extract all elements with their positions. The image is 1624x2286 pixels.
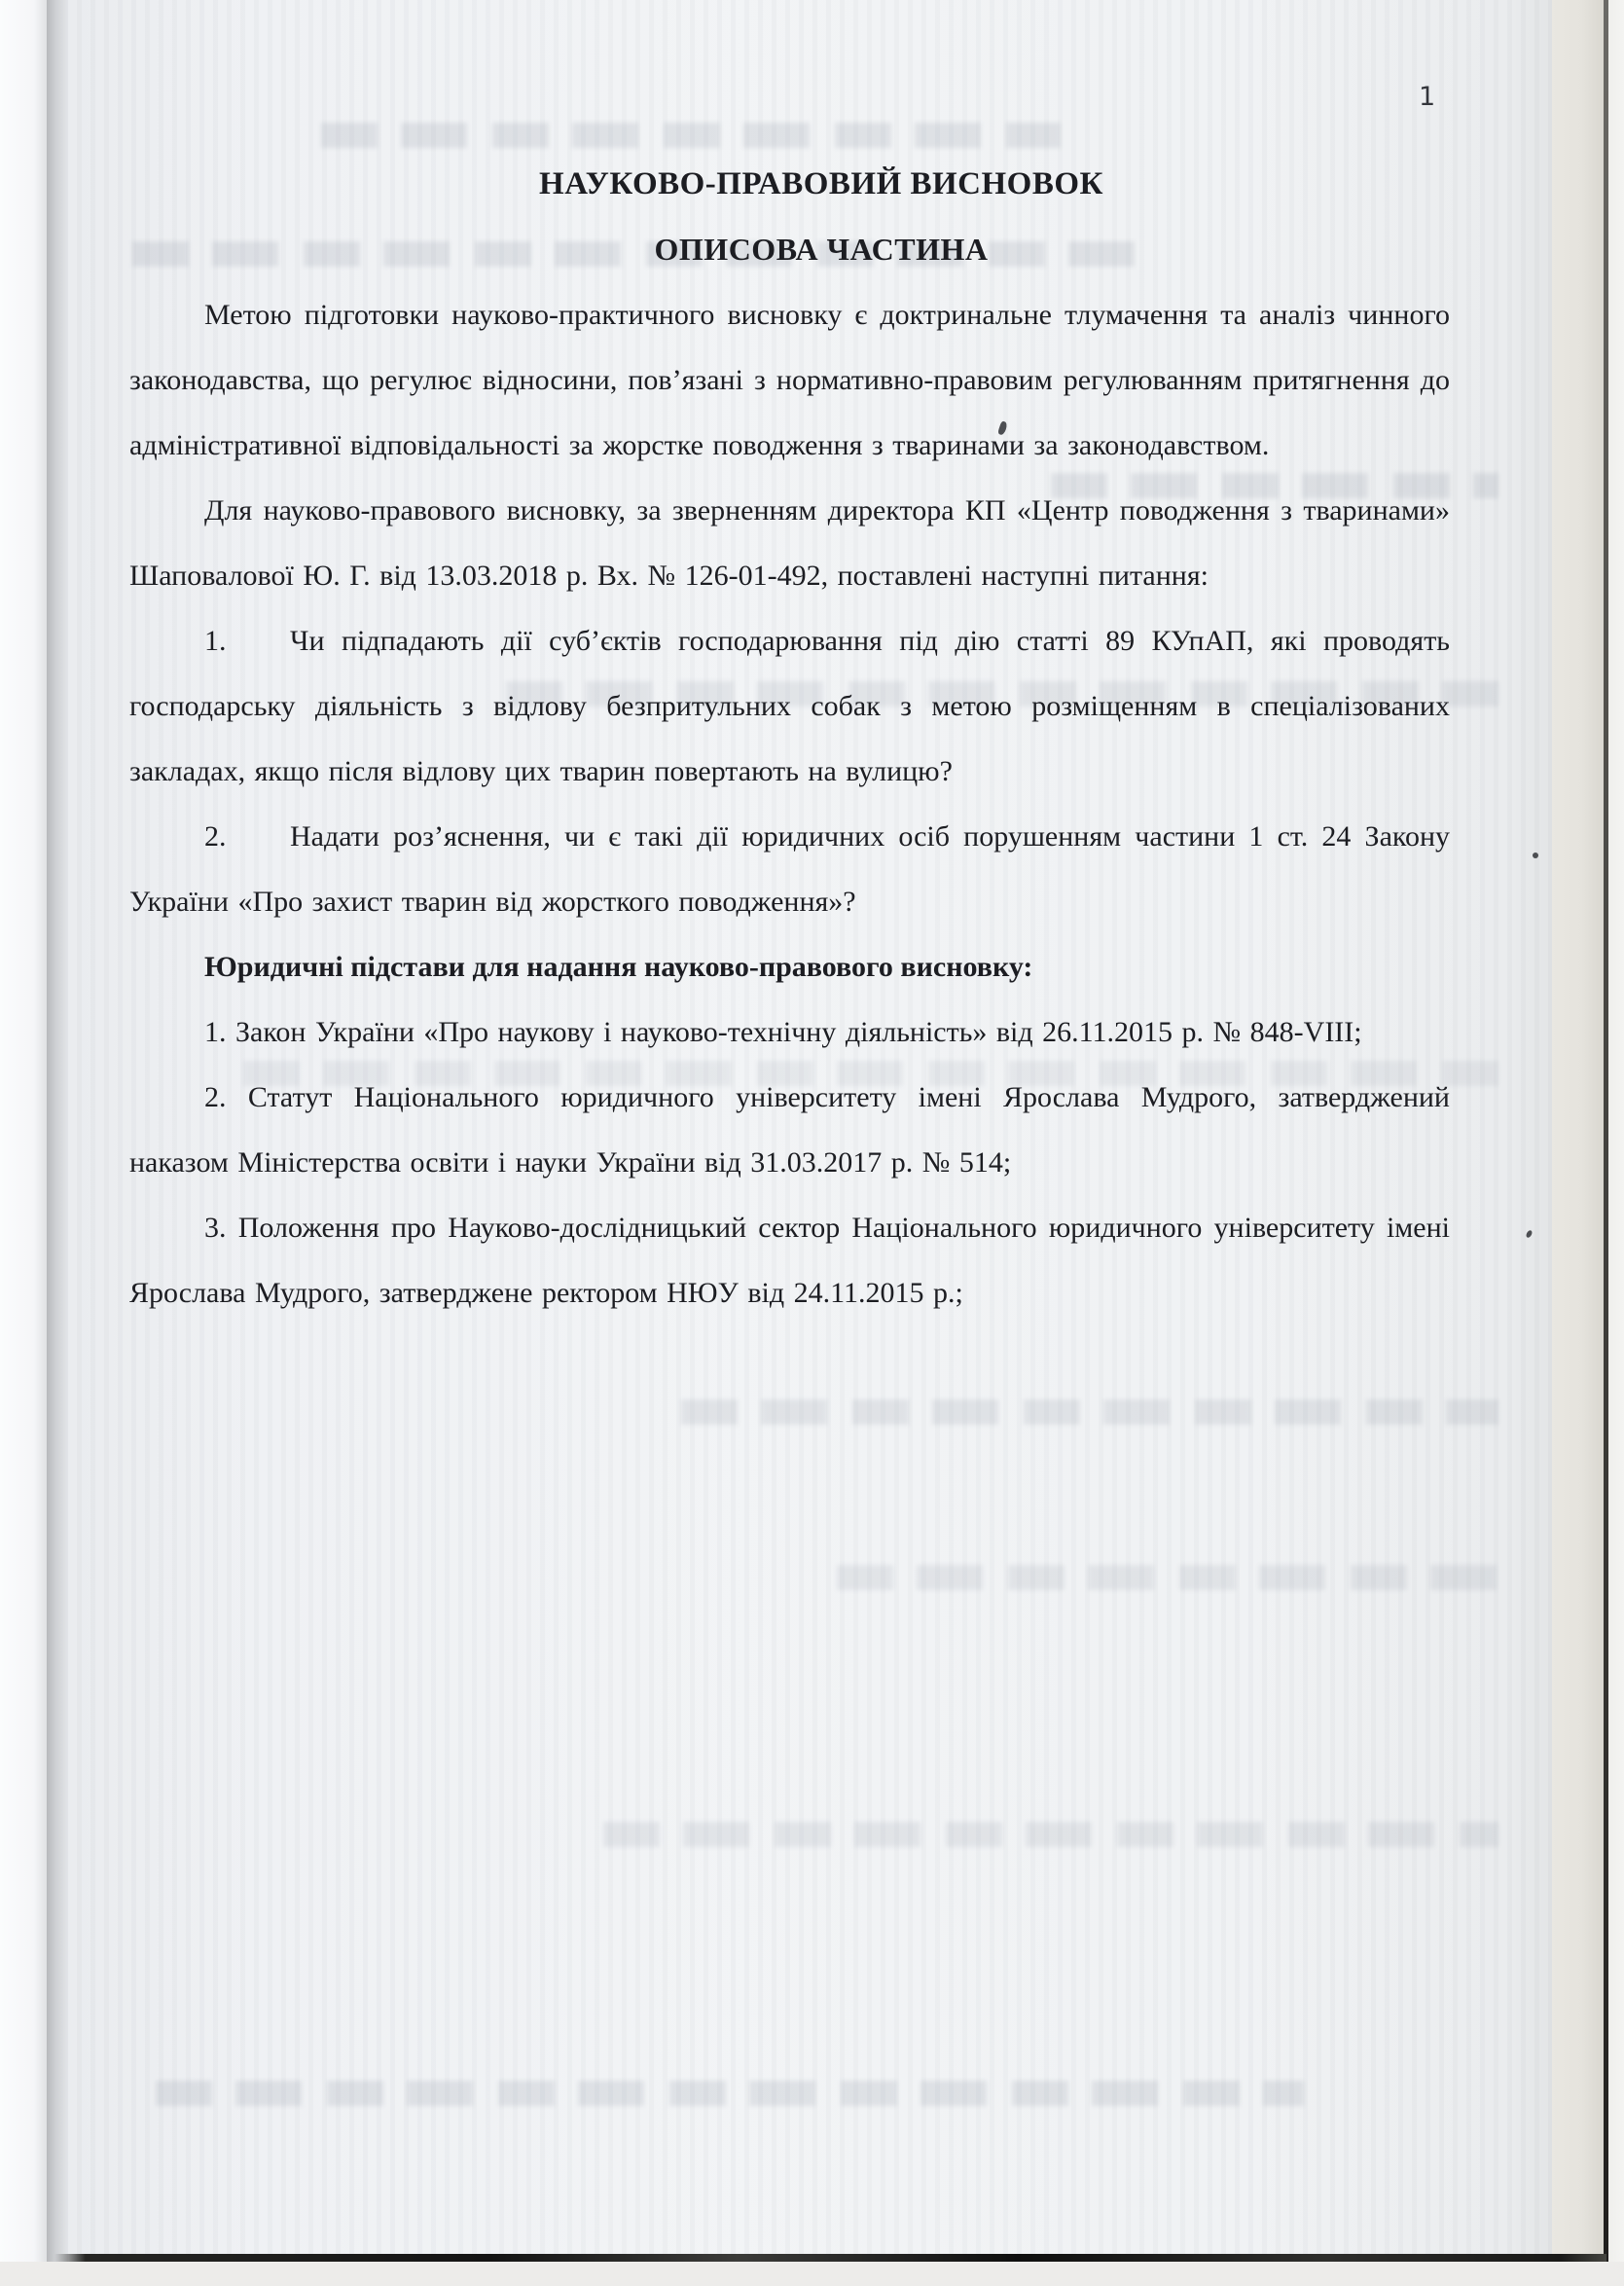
section-heading: ОПИСОВА ЧАСТИНА [129,217,1450,282]
question-item: 1.Чи підпадають дії суб’єктів господарюв… [129,608,1450,804]
bleed-through-artifact [156,2081,1304,2106]
scan-left-margin [0,0,49,2286]
document-body: НАУКОВО-ПРАВОВИЙ ВИСНОВОК ОПИСОВА ЧАСТИН… [129,0,1450,1325]
scan-bottom-edge-line [54,2254,1606,2262]
legal-basis-item: 1. Закон України «Про наукову і науково-… [129,999,1450,1065]
question-text: Надати роз’яснення, чи є такі дії юридич… [129,820,1450,918]
bleed-through-artifact [603,1822,1498,1847]
ink-speck [1533,853,1538,858]
legal-basis-item: 2. Статут Національного юридичного уніве… [129,1065,1450,1195]
scan-left-edge-shadow [47,0,70,2286]
bleed-through-artifact [837,1565,1498,1590]
paper-right-edge [1552,0,1606,2286]
intro-paragraph: Метою підготовки науково-практичного вис… [129,282,1450,478]
question-number: 2. [204,804,290,869]
question-number: 1. [204,608,290,673]
question-text: Чи підпадають дії суб’єктів господарюван… [129,625,1450,787]
legal-basis-heading: Юридичні підстави для надання науково-пр… [129,934,1450,999]
document-title: НАУКОВО-ПРАВОВИЙ ВИСНОВОК [129,0,1450,217]
scan-right-edge-line [1604,0,1608,2286]
ink-speck [1525,1229,1533,1238]
bleed-through-artifact [681,1399,1498,1425]
legal-basis-item: 3. Положення про Науково-дослідницький с… [129,1195,1450,1325]
request-paragraph: Для науково-правового висновку, за зверн… [129,478,1450,608]
question-item: 2.Надати роз’яснення, чи є такі дії юрид… [129,804,1450,934]
scanned-legal-document: { "doc": { "page_number": "1", "title": … [0,0,1624,2286]
scan-bottom-margin [0,2262,1624,2286]
scan-right-margin [1608,0,1624,2286]
